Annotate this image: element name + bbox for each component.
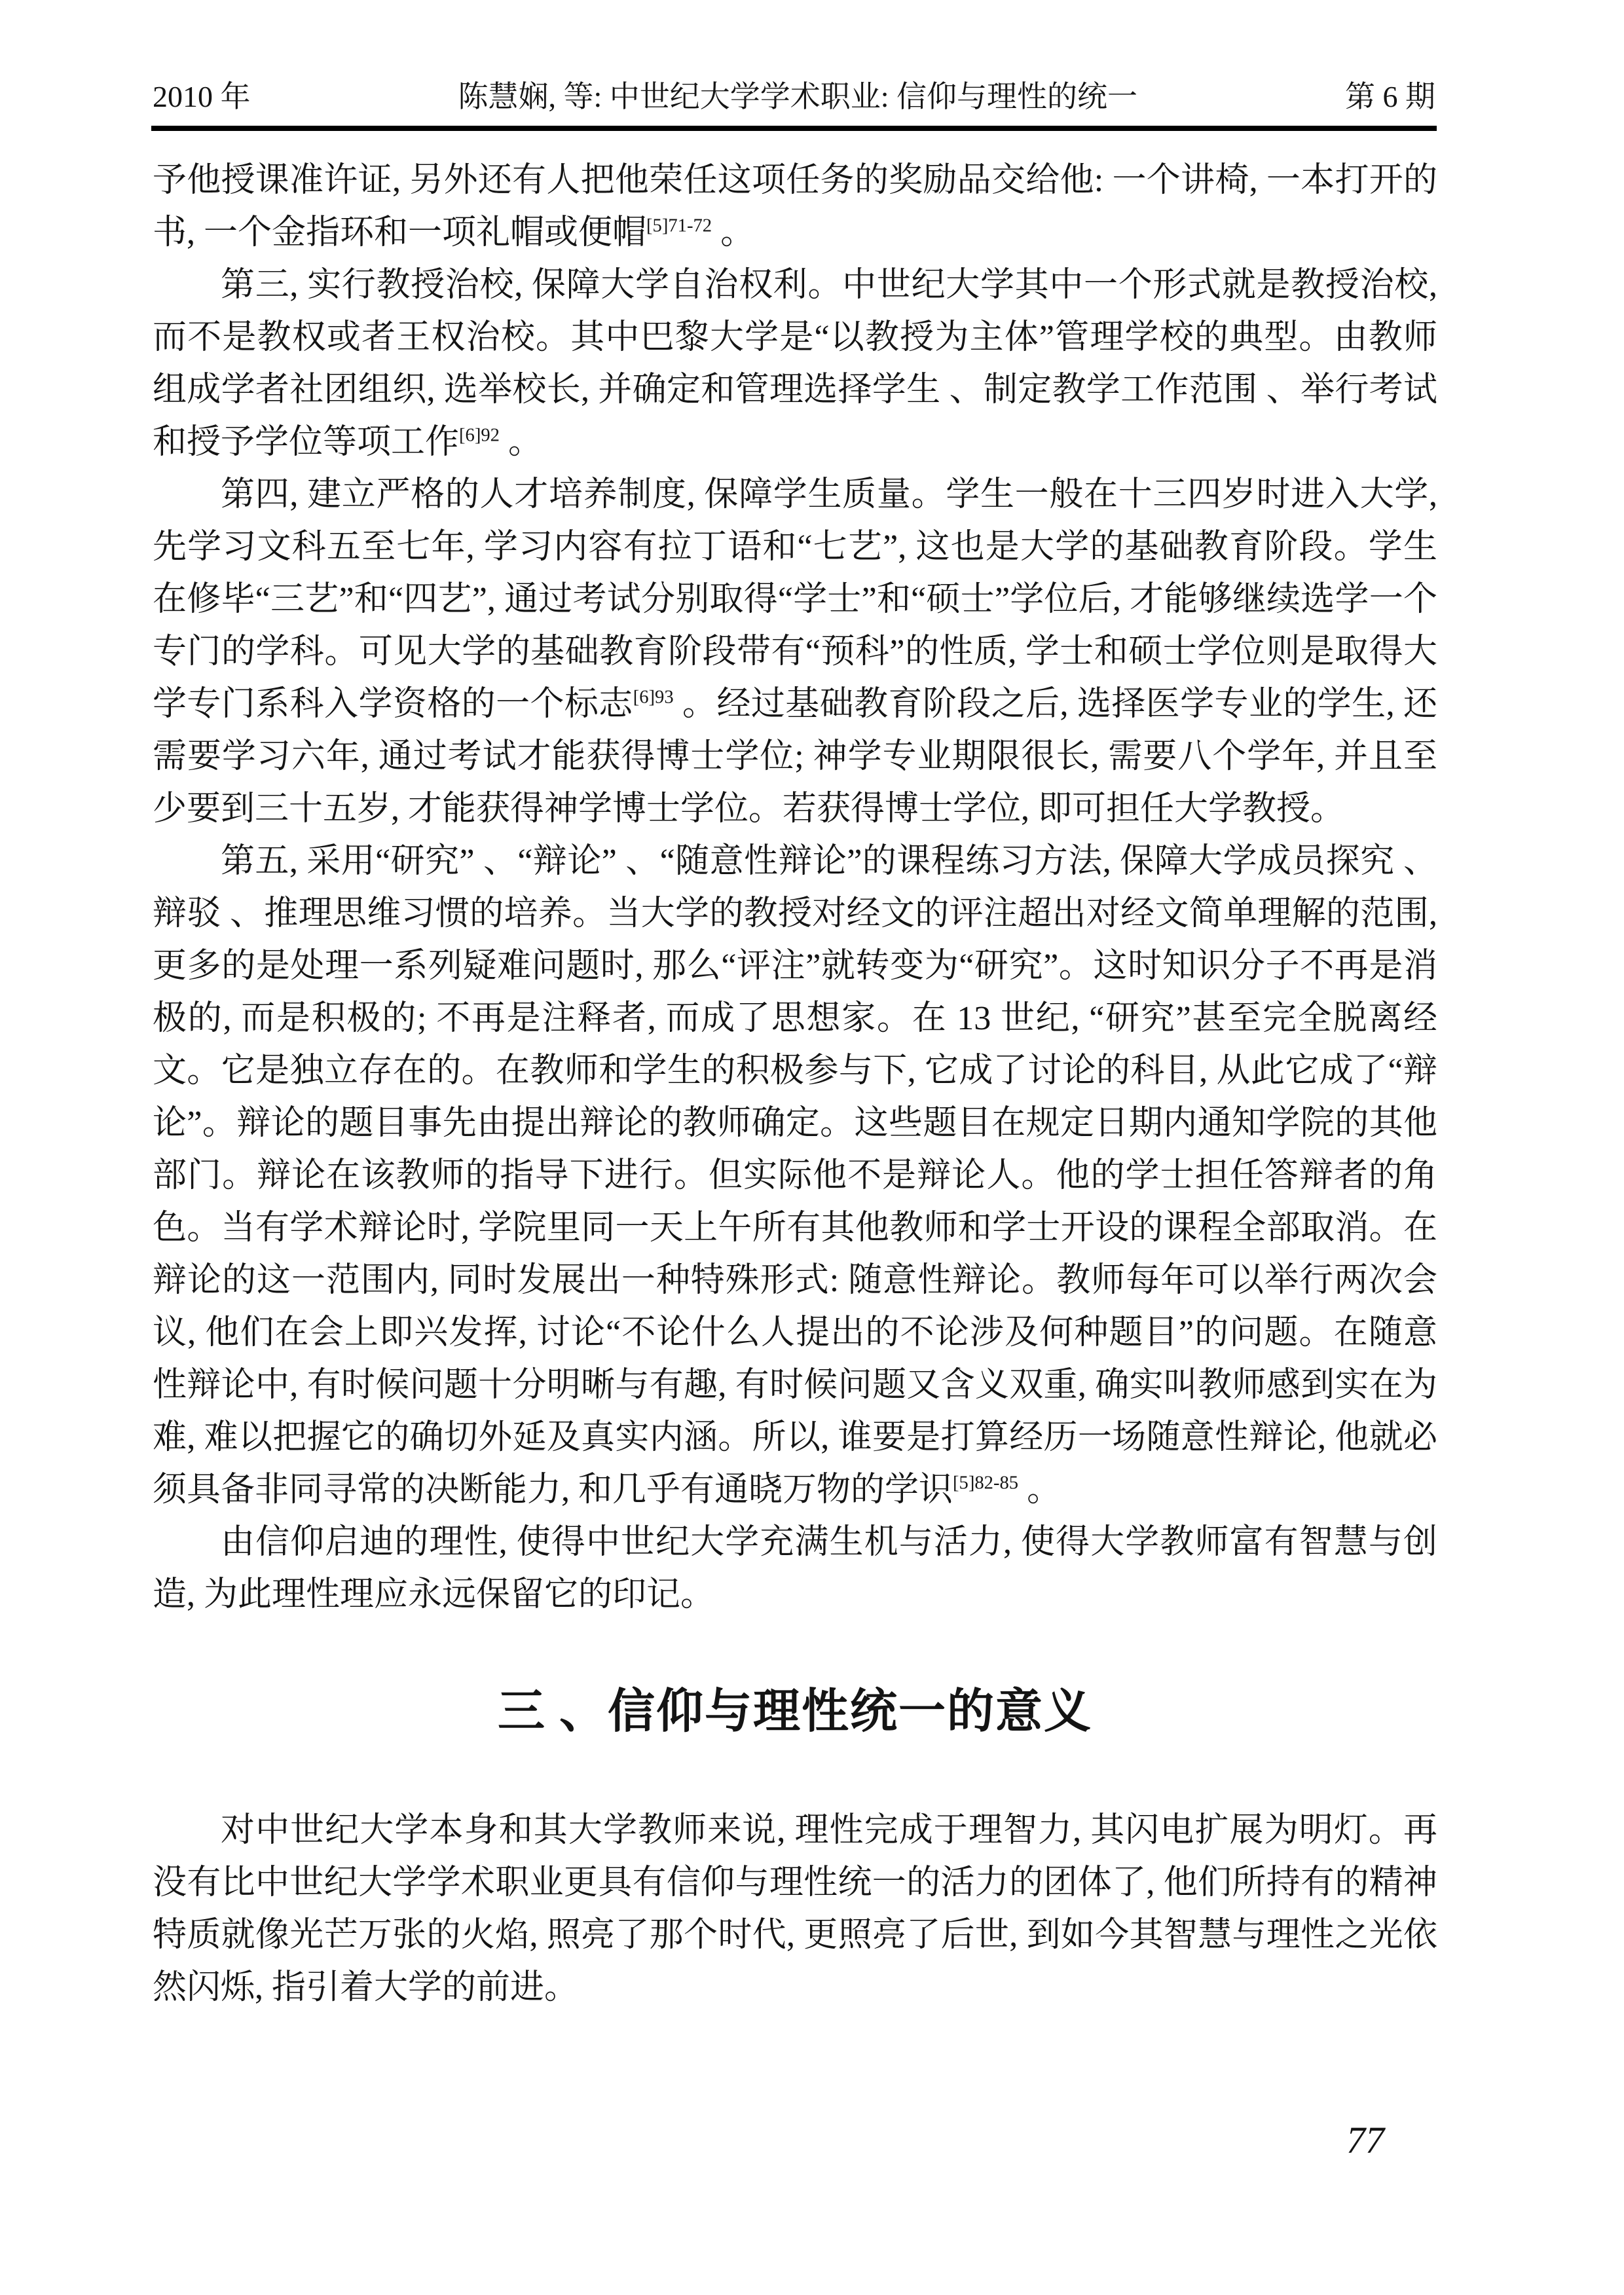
article-body: 予他授课准许证, 另外还有人把他荣任这项任务的奖励品交给他: 一个讲椅, 一本打… [153, 155, 1437, 2014]
paragraph: 第三, 实行教授治校, 保障大学自治权利。中世纪大学其中一个形式就是教授治校, … [153, 259, 1437, 469]
paragraph: 予他授课准许证, 另外还有人把他荣任这项任务的奖励品交给他: 一个讲椅, 一本打… [153, 155, 1437, 259]
page-number: 77 [1346, 2120, 1384, 2161]
header-issue-number: 第 6 期 [1345, 77, 1435, 117]
paragraph: 第四, 建立严格的人才培养制度, 保障学生质量。学生一般在十三四岁时进入大学, … [153, 469, 1437, 835]
paragraph: 对中世纪大学本身和其大学教师来说, 理性完成于理智力, 其闪电扩展为明灯。再没有… [153, 1805, 1437, 2014]
journal-page: 2010 年 陈慧娴, 等: 中世纪大学学术职业: 信仰与理性的统一 第 6 期… [0, 0, 1624, 2295]
running-header: 2010 年 陈慧娴, 等: 中世纪大学学术职业: 信仰与理性的统一 第 6 期 [153, 77, 1435, 117]
header-divider-rule [151, 126, 1437, 131]
header-article-title: 陈慧娴, 等: 中世纪大学学术职业: 信仰与理性的统一 [251, 77, 1346, 117]
citation-superscript: [5]71-72 [646, 216, 712, 236]
citation-superscript: [5]82-85 [953, 1473, 1018, 1494]
paragraph: 由信仰启迪的理性, 使得中世纪大学充满生机与活力, 使得大学教师富有智慧与创造,… [153, 1516, 1437, 1621]
header-year: 2010 年 [153, 77, 251, 117]
paragraph: 第五, 采用“研究” 、“辩论” 、“随意性辩论”的课程练习方法, 保障大学成员… [153, 835, 1437, 1516]
section-heading: 三 、信仰与理性统一的意义 [153, 1681, 1437, 1742]
citation-superscript: [6]92 [459, 426, 500, 446]
citation-superscript: [6]93 [633, 688, 674, 708]
